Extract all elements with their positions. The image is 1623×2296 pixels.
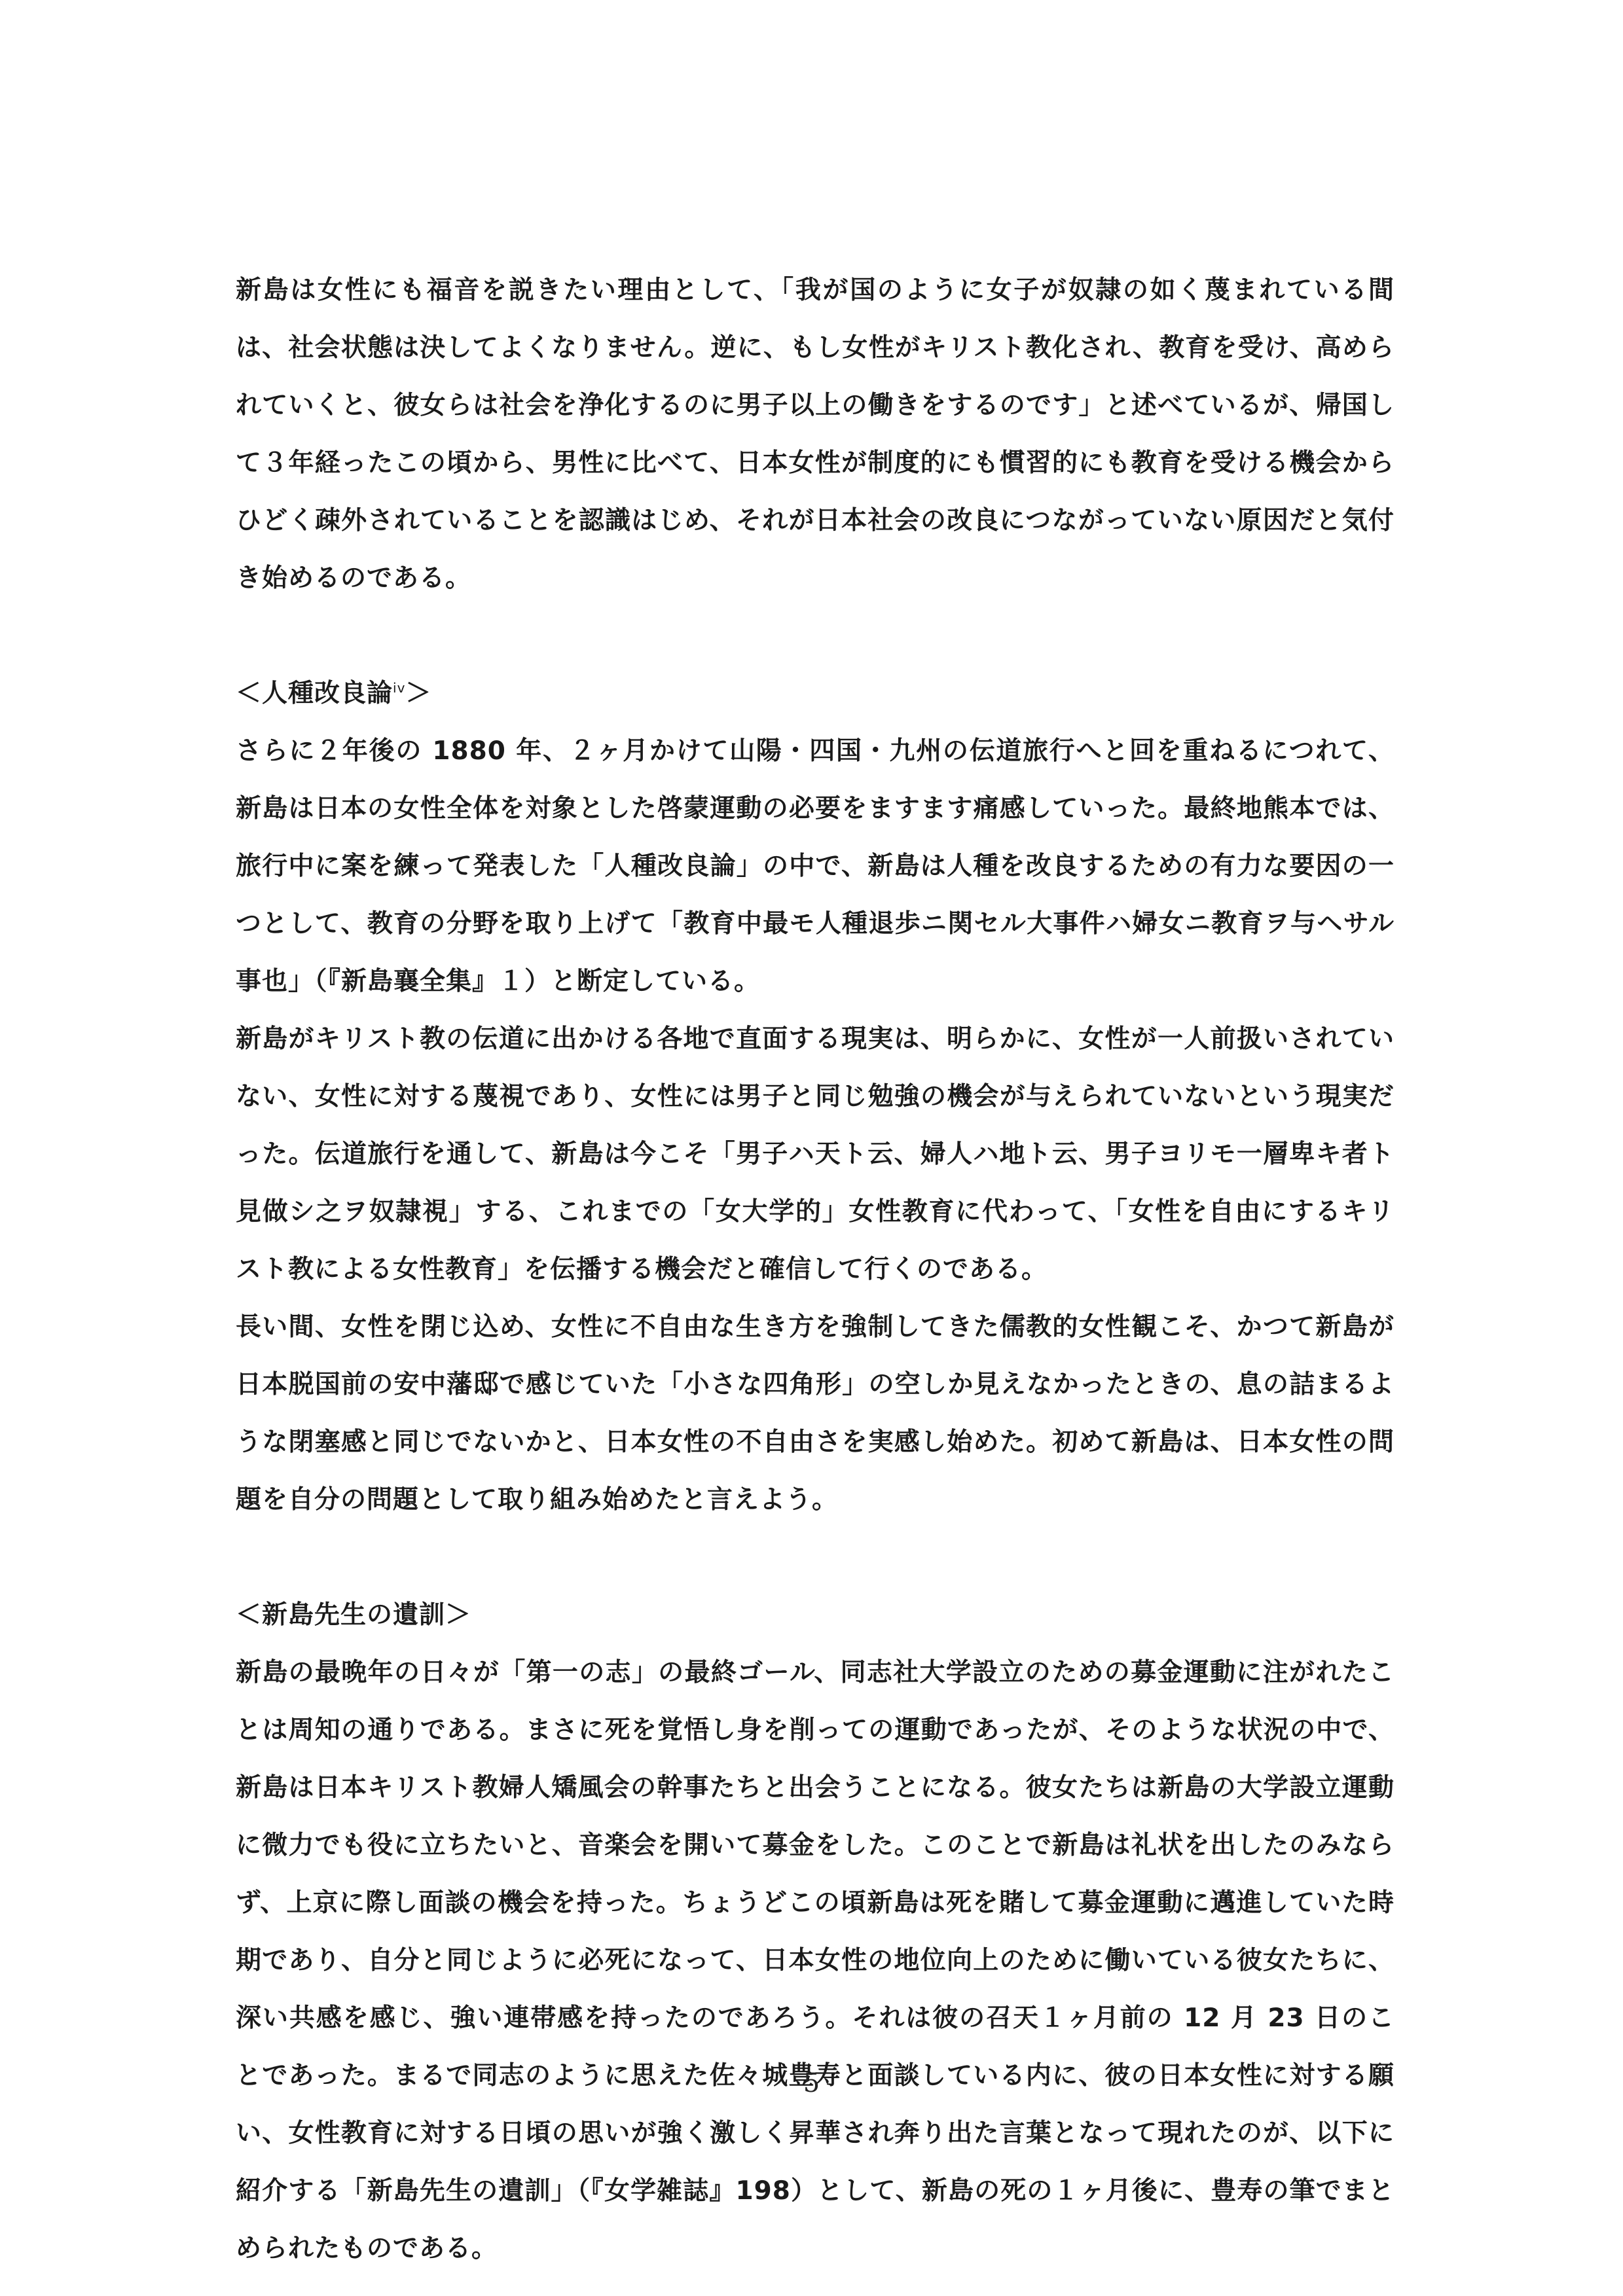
spacer [236,1529,1395,1587]
spacer [236,607,1395,665]
section-heading-niijima-ikun: ＜新島先生の遺訓＞ [236,1587,1395,1644]
section-1-paragraph: さらに２年後の 1880 年、２ヶ月かけて山陽・四国・九州の伝道旅行へと回を重ね… [236,723,1395,1011]
section-heading-jinshu-kairyoron: ＜人種改良論iv＞ [236,665,1395,723]
intro-paragraph: 新島は女性にも福音を説きたい理由として、「我が国のように女子が奴隷の如く蔑まれて… [236,262,1395,607]
endnote-marker[interactable]: iv [393,680,405,696]
heading-text: ＜人種改良論 [236,679,393,708]
page-number: 5 [0,2068,1623,2098]
section-1-paragraph: 長い間、女性を閉じ込め、女性に不自由な生き方を強制してきた儒教的女性観こそ、かつ… [236,1299,1395,1529]
heading-close: ＞ [405,679,431,708]
document-page: 新島は女性にも福音を説きたい理由として、「我が国のように女子が奴隷の如く蔑まれて… [236,262,1395,2278]
section-1-paragraph: 新島がキリスト教の伝道に出かける各地で直面する現実は、明らかに、女性が一人前扱い… [236,1011,1395,1299]
section-2-paragraph: 新島の最晩年の日々が「第一の志」の最終ゴール、同志社大学設立のための募金運動に注… [236,1644,1395,2278]
